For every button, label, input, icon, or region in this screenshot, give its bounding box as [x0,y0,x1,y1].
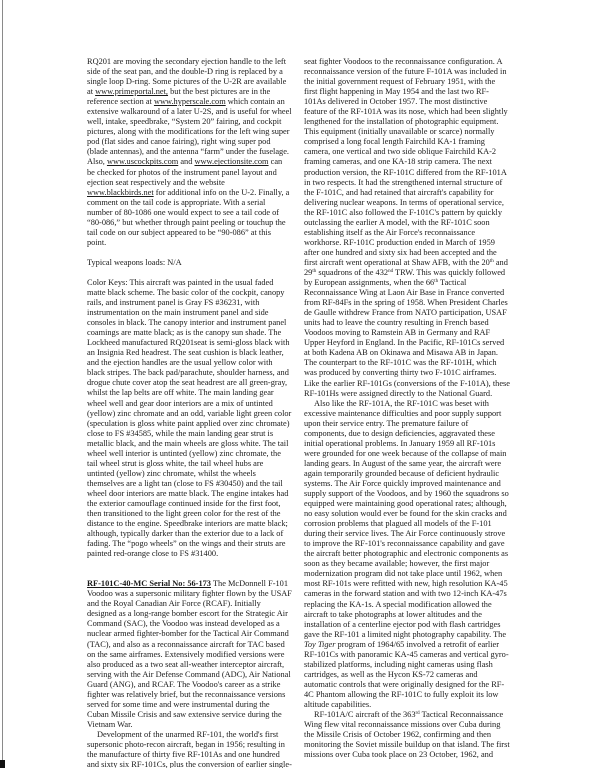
rf101-intro-paragraph: RF-101C-40-MC Serial No: 56-173 The McDo… [87,579,292,730]
text: program of 1964/65 involved a retrofit o… [304,640,509,709]
text: Tactical Reconnaissance Wing at Laon Air… [304,278,510,398]
link-hyperscale[interactable]: www.hyperscale.com [154,97,226,106]
cuba-missions-paragraph: RF-101A/C aircraft of the 363rd Tactical… [304,710,510,760]
page-edge-line [2,0,3,762]
text: Also like the RF-101A, the RF-101C was b… [304,399,509,639]
development-paragraph: Development of the unarmed RF-101, the w… [87,730,292,768]
rf101-history-paragraph: seat fighter Voodoos to the reconnaissan… [304,57,510,399]
program-name-italic: Toy Tiger [304,640,335,649]
text: RF-101A/C aircraft of the 363 [314,710,416,719]
maintenance-paragraph: Also like the RF-101A, the RF-101C was b… [304,399,510,710]
text: and [178,157,194,166]
section-heading-rf101c: RF-101C-40-MC Serial No: 56-173 [87,579,211,588]
text: seat fighter Voodoos to the reconnaissan… [304,57,508,267]
link-uscockpits[interactable]: www.uscockpits.com [107,157,178,166]
link-blackbirds[interactable]: www.blackbirds.net [87,188,154,197]
link-primeportal[interactable]: www.primeportal.net, [95,87,168,96]
link-ejectionsite[interactable]: www.ejectionsite.com [194,157,268,166]
u2-reference-paragraph: RQ201 are moving the secondary ejection … [87,57,292,248]
left-column: RQ201 are moving the secondary ejection … [87,57,292,768]
page-corner-mark [0,760,5,768]
weapons-loads: Typical weapons loads: N/A [87,258,292,268]
text: squadrons of the 432 [316,268,388,277]
text: The McDonnell F-101 Voodoo was a superso… [87,579,292,729]
text: which contain an extensive walkaround of… [87,97,292,166]
right-column: seat fighter Voodoos to the reconnaissan… [304,57,510,760]
color-keys-paragraph: Color Keys: This aircraft was painted in… [87,278,292,559]
